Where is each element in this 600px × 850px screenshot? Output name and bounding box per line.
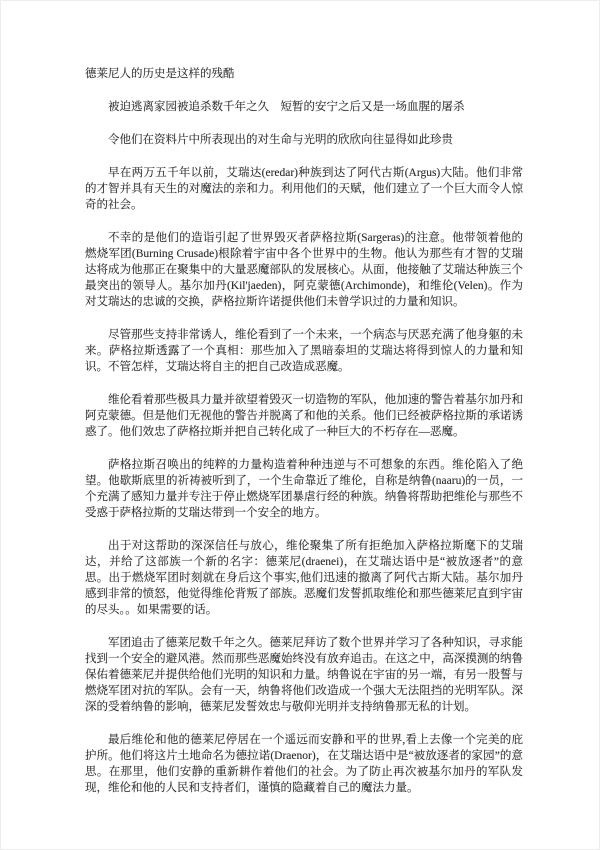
paragraph-body-8: 最后维伦和他的德莱尼停居在一个遥远而安静和平的世界,看上去像一个完美的庇护所。他… [85,732,523,796]
paragraph-body-3: 尽管那些支持非常诱人，维伦看到了一个未来，一个病态与厌恶充满了他身躯的未来。萨格… [85,327,523,375]
paragraph-body-7: 军团追击了德莱尼数千年之久。德莱尼拜访了数个世界并学习了各种知识，寻求能找到一个… [85,635,523,715]
paragraph-body-5: 萨格拉斯召唤出的纯粹的力量构造着种种违逆与不可想象的东西。维伦陷入了绝望。他歇斯… [85,457,523,521]
document-page: 德莱尼人的历史是这样的残酷 被迫逃离家园被追杀数千年之久 短暂的安宁之后又是一场… [0,0,600,850]
paragraph-body-2: 不幸的是他们的造诣引起了世界毁灭者萨格拉斯(Sargeras)的注意。他带领着他… [85,230,523,310]
paragraph-lede-1: 被迫逃离家园被追杀数千年之久 短暂的安宁之后又是一场血腥的屠杀 [85,99,523,115]
paragraph-body-6: 出于对这帮助的深深信任与放心，维伦聚集了所有拒绝加入萨格拉斯麾下的艾瑞达，并给了… [85,538,523,618]
document-title: 德莱尼人的历史是这样的残酷 [85,66,523,82]
paragraph-lede-2: 令他们在资料片中所表现出的对生命与光明的欣欣向往显得如此珍贵 [85,132,523,148]
paragraph-body-1: 早在两万五千年以前，艾瑞达(eredar)种族到达了阿代古斯(Argus)大陆。… [85,165,523,213]
paragraph-body-4: 维伦看着那些极具力量并欲望着毁灭一切造物的军队，他加速的警告着基尔加丹和阿克蒙德… [85,392,523,440]
